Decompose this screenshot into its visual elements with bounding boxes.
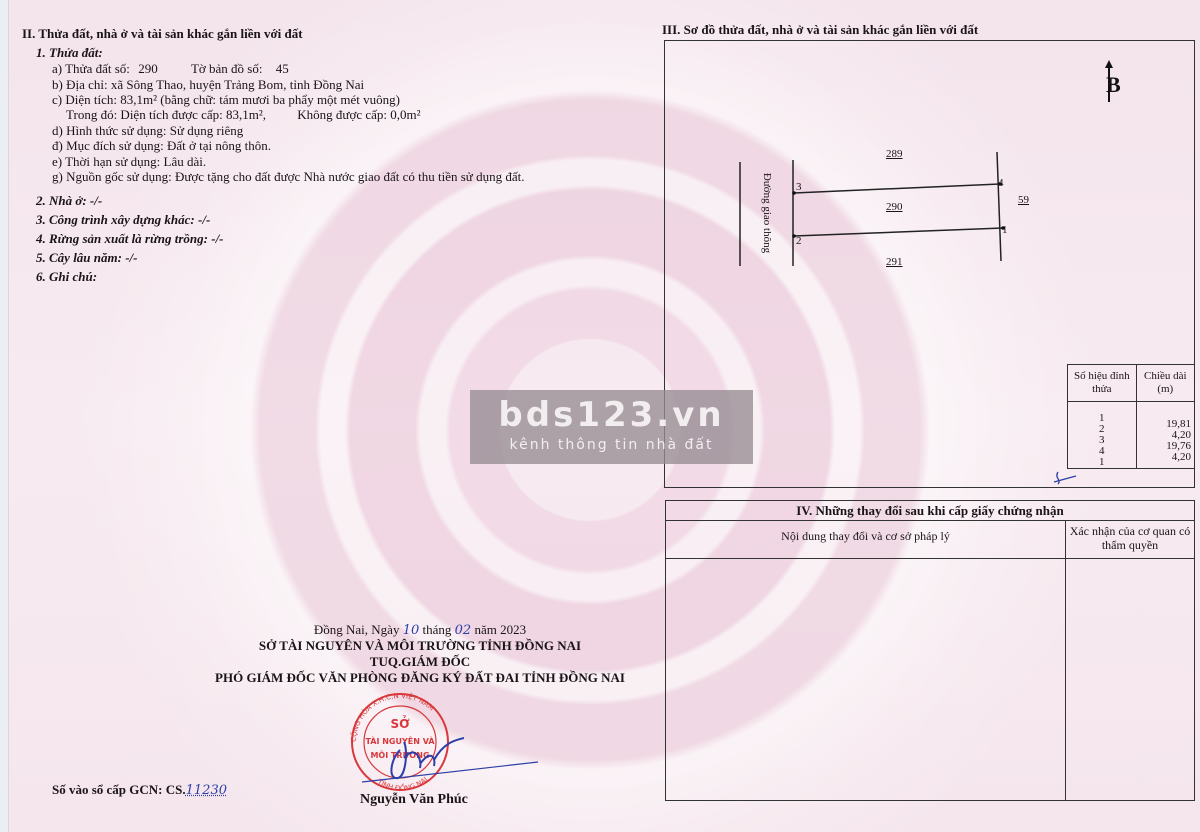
changes-content-cell: [666, 559, 1066, 800]
parcel-290-label: 290: [886, 201, 903, 213]
watermark-banner: bds123.vn kênh thông tin nhà đất: [470, 390, 753, 464]
south-edge-2-1: [794, 228, 1003, 236]
authority-confirmation-header: Xác nhận của cơ quan có thẩm quyền: [1066, 521, 1194, 558]
use-term: e) Thời hạn sử dụng: Lâu dài.: [52, 154, 206, 170]
registry-number-value: 11230: [186, 783, 227, 798]
neighbor-parcel-291: 291: [886, 256, 903, 268]
signature-scribble-icon: [360, 720, 540, 790]
map-sheet: 45: [276, 61, 289, 76]
vertex-3-label: 3: [796, 181, 802, 193]
vertex-4-label: 4: [998, 177, 1004, 189]
address: b) Địa chỉ: xã Sông Thao, huyện Trảng Bo…: [52, 77, 364, 93]
use-form: d) Hình thức sử dụng: Sử dụng riêng: [52, 123, 243, 139]
issuing-department: SỞ TÀI NGUYÊN VÀ MÔI TRƯỜNG TỈNH ĐỒNG NA…: [190, 638, 650, 654]
area-not-granted: Không được cấp: 0,0m²: [297, 107, 420, 122]
vertex-1-label: 1: [1002, 224, 1008, 236]
signer-title: PHÓ GIÁM ĐỐC VĂN PHÒNG ĐĂNG KÝ ĐẤT ĐAI T…: [190, 670, 650, 686]
issue-date: Đồng Nai, Ngày 10 tháng 02 năm 2023: [190, 622, 650, 638]
north-edge-3-4: [794, 184, 1000, 193]
forest: 4. Rừng sản xuất là rừng trồng: -/-: [36, 231, 224, 247]
east-boundary-line: [997, 152, 1001, 261]
area-granted: Trong đó: Diện tích được cấp: 83,1m²,: [66, 107, 266, 122]
area: c) Diện tích: 83,1m² (bằng chữ: tám mươi…: [52, 92, 400, 108]
section-3-title: III. Sơ đồ thửa đất, nhà ở và tài sản kh…: [662, 22, 978, 38]
signer-name: Nguyễn Văn Phúc: [360, 792, 468, 808]
road-label: Đường giao thông: [761, 158, 773, 268]
vertex-length-table: Số hiệu đỉnh thửa Chiều dài (m) 119,81 2…: [1067, 364, 1195, 469]
watermark-sub: kênh thông tin nhà đất: [470, 436, 753, 454]
other-construction: 3. Công trình xây dựng khác: -/-: [36, 212, 210, 228]
use-purpose: đ) Mục đích sử dụng: Đất ở tại nông thôn…: [52, 138, 271, 154]
issue-month: 02: [455, 623, 472, 638]
land-heading: 1. Thửa đất:: [36, 45, 103, 61]
scan-edge: [0, 0, 9, 832]
use-origin: g) Nguồn gốc sử dụng: Được tặng cho đất …: [52, 169, 524, 185]
table-row: 119,81: [1068, 413, 1195, 424]
house: 2. Nhà ở: -/-: [36, 193, 102, 209]
parcel-no: 290: [138, 61, 158, 76]
map-sheet-label: Tờ bản đồ số:: [191, 61, 263, 76]
changes-table: IV. Những thay đổi sau khi cấp giấy chứn…: [665, 500, 1195, 801]
vertex-col-header: Số hiệu đỉnh thửa: [1068, 365, 1137, 402]
issue-day: 10: [403, 623, 420, 638]
initial-mark-icon: [1052, 470, 1080, 486]
changes-content-header: Nội dung thay đổi và cơ sở pháp lý: [666, 521, 1066, 558]
neighbor-parcel-59: 59: [1018, 194, 1029, 206]
authorization-line: TUQ.GIÁM ĐỐC: [190, 654, 650, 670]
section-4-title: IV. Những thay đổi sau khi cấp giấy chứn…: [666, 501, 1194, 521]
parcel-number-row: a) Thửa đất số: 290 Tờ bản đồ số: 45: [52, 61, 289, 77]
section-2-title: II. Thửa đất, nhà ở và tài sản khác gắn …: [22, 26, 303, 42]
authority-confirmation-cell: [1066, 559, 1194, 800]
parcel-no-label: a) Thửa đất số:: [52, 61, 130, 76]
length-col-header: Chiều dài (m): [1136, 365, 1194, 402]
area-breakdown: Trong đó: Diện tích được cấp: 83,1m², Kh…: [66, 107, 421, 123]
watermark-main: bds123.vn: [470, 394, 753, 436]
perennial: 5. Cây lâu năm: -/-: [36, 250, 137, 266]
neighbor-parcel-289: 289: [886, 148, 903, 160]
notes: 6. Ghi chú:: [36, 269, 97, 285]
vertex-2-label: 2: [796, 235, 802, 247]
registry-number: Số vào sổ cấp GCN: CS.11230: [52, 782, 227, 798]
